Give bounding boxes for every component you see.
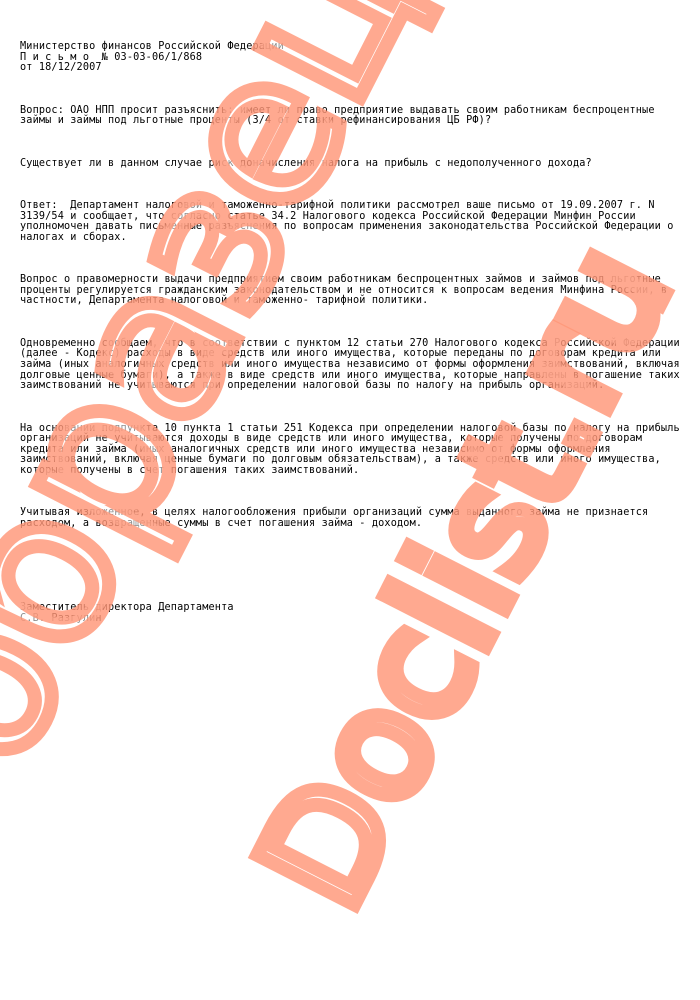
letter-number: П и с ь м о № 03-03-06/1/868 [20,53,690,64]
question-risk-paragraph: Существует ли в данном случае риск донач… [20,159,690,170]
letter-header: Министерство финансов Российской Федерац… [20,42,690,74]
question-paragraph: Вопрос: ОАО НПП просит разъяснить: имеет… [20,106,690,127]
signatory-title: Заместитель директора Департамента [20,603,690,614]
letter-document: Министерство финансов Российской Федерац… [20,21,690,646]
signature-block: Заместитель директора ДепартаментаС.В. Р… [20,603,690,624]
answer-paragraph: Ответ: Департамент налоговой и таможенно… [20,201,690,243]
income-paragraph: На основании подпункта 10 пункта 1 стать… [20,424,690,477]
conclusion-paragraph: Учитывая изложенное, в целях налогооблож… [20,508,690,529]
legality-paragraph: Вопрос о правомерности выдачи предприяти… [20,275,690,307]
signatory-name: С.В. Разгулин [20,614,690,625]
expenses-paragraph: Одновременно сообщаем, что в соответстви… [20,339,690,392]
letter-date: от 18/12/2007 [20,63,690,74]
